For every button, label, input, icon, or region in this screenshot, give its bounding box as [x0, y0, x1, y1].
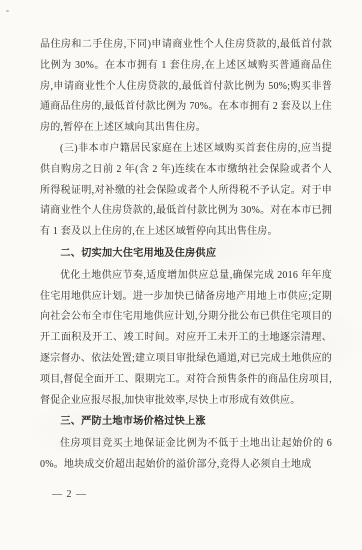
- document-body: 品住房和二手住房,下同)申请商业性个人住房贷款的,最低首付款比例为 30%。在本…: [40, 35, 332, 476]
- paragraph-continuation: 品住房和二手住房,下同)申请商业性个人住房贷款的,最低首付款比例为 30%。在本…: [40, 35, 332, 139]
- paragraph-clause-3: (三)非本市户籍居民家庭在上述区域购买首套住房的,应当提供自购房之日前 2 年(…: [40, 139, 332, 243]
- scan-speck: [6, 10, 9, 12]
- section-3-body: 住房项目竞买土地保证金比例为不低于土地出让起始价的 60%。地块成交价超出起始价…: [40, 434, 332, 476]
- section-heading-2: 二、切实加大住宅用地及住房供应: [40, 244, 332, 265]
- page-number: — 2 —: [52, 489, 87, 500]
- section-2-body: 优化土地供应节奏,适度增加供应总量,确保完成 2016 年年度住宅用地供应计划。…: [40, 266, 332, 412]
- document-page: 品住房和二手住房,下同)申请商业性个人住房贷款的,最低首付款比例为 30%。在本…: [0, 0, 362, 550]
- section-heading-3: 三、严防土地市场价格过快上涨: [40, 412, 332, 433]
